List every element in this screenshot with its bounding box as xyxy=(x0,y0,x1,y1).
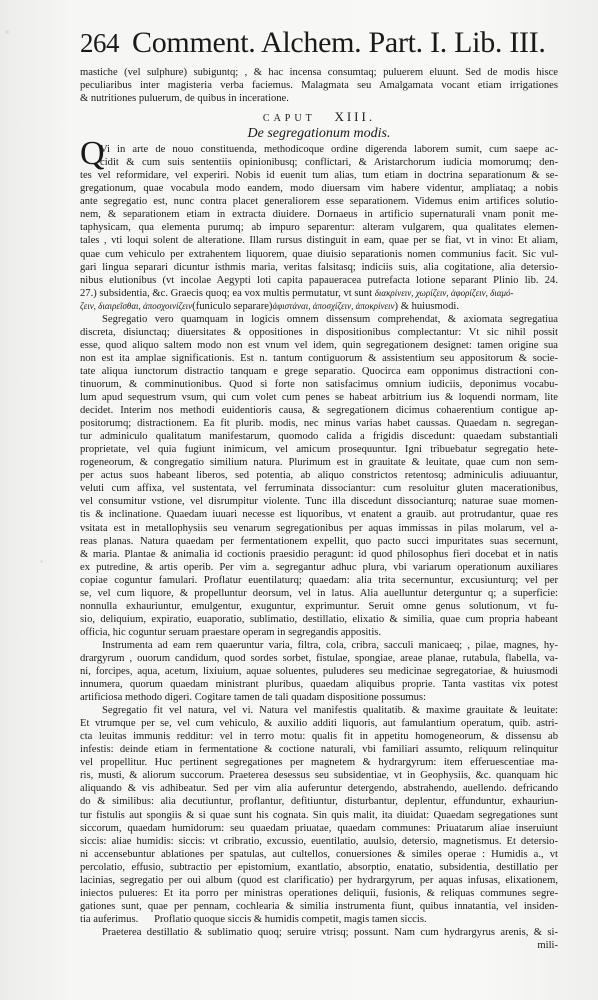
text-line: tis & inclinatione. Quaedam iuuari neces… xyxy=(80,508,558,521)
chapter-label: Caput xyxy=(263,113,316,124)
greek-words: ἀφιστάναι, ἀποσχίζειν, ἀποκρίνειν xyxy=(272,301,394,311)
text-line: iniectos pulueres: Et ita porro per mini… xyxy=(80,887,558,900)
text-line: tinuorum, & comminutionibus. Quod si for… xyxy=(80,378,558,391)
text-line: copiae coguntur famulari. Proflatur euen… xyxy=(80,574,558,587)
chapter-subtitle: De segregationum modis. xyxy=(80,125,558,143)
paper-speck xyxy=(5,30,9,34)
text-line: nibus elutionibus (vt incolae Aegypti lo… xyxy=(80,274,558,287)
catchword: mili- xyxy=(80,939,558,952)
text-line: gationes sunt, quae per pennam, cochlear… xyxy=(80,900,558,913)
text-line: siccorum, quaedam humidorum: seu quaedam… xyxy=(80,822,558,835)
running-head: Comment. Alchem. Part. I. Lib. III. xyxy=(132,26,546,60)
text-line: lacinias, segregatio per oui album (quod… xyxy=(80,874,558,887)
text-line: proprietate, vel quia fugiunt inimicum, … xyxy=(80,443,558,456)
text-line: Vi in arte de nouo constituenda, methodi… xyxy=(80,143,558,156)
text-line: tur adminiculo qualitatum manifestarum, … xyxy=(80,430,558,443)
text-line: ris, musti, & aliorum succorum. Praetere… xyxy=(80,769,558,782)
text-line: Praeterea destillatio & sublimatio quoq;… xyxy=(80,926,558,939)
text-line: ante segregatio est, nunc contra placet … xyxy=(80,195,558,208)
text-line: percolatio, effusio, subtractio per epis… xyxy=(80,861,558,874)
text-line: infestis: deinde etiam in fermentatione … xyxy=(80,743,558,756)
text-line: ni accensebuntur ablationes per spatulas… xyxy=(80,848,558,861)
text-line: quae cum vehiculo per extrahentem liquor… xyxy=(80,248,558,261)
text-line: vel consumitur vstione, vel disrumpitur … xyxy=(80,495,558,508)
text-line: Segregatio fit vel natura, vel vi. Natur… xyxy=(80,704,558,717)
text-line: tes vel reformidare, vel experiri. Nobis… xyxy=(80,169,558,182)
text-fragment: ) & huiusmodi. xyxy=(395,301,459,312)
text-line: tales , vti loqui solent de alteratione.… xyxy=(80,234,558,247)
paper-speck xyxy=(40,560,43,563)
page-header: 264 Comment. Alchem. Part. I. Lib. III. xyxy=(80,26,560,66)
text-line: nonnulla exhauriuntur, emulgentur, exugu… xyxy=(80,600,558,613)
text-line: veluti cum affixa, vel sustentata, vel f… xyxy=(80,482,558,495)
text-line: tur fistulis aut spongiis & si quae sunt… xyxy=(80,809,558,822)
text-line: se, vel cum liquore, & propelluntur deor… xyxy=(80,587,558,600)
text-line: tate aliqua iunctorum distractio tanquam… xyxy=(80,365,558,378)
text-line: & maria. Plantae & animalia id coctionis… xyxy=(80,548,558,561)
text-line: 27.) subsidentia, &c. Graecis quoq; ea v… xyxy=(80,287,558,300)
text-line: peculiaribus inter magisteria verba faci… xyxy=(80,79,558,92)
text-line: reas planas. Natura quaedam per fermenta… xyxy=(80,535,558,548)
text-line: do & similibus: alia decutiuntur, profla… xyxy=(80,795,558,808)
paragraph: Segregatio fit vel natura, vel vi. Natur… xyxy=(80,704,558,926)
chapter-heading: Caput XIII. xyxy=(80,109,558,125)
greek-words: ζειν, διαιρεῖσθαι, ἀποσχοινίζειν xyxy=(80,301,192,311)
drop-cap: Q xyxy=(80,139,105,169)
text-line: ζειν, διαιρεῖσθαι, ἀποσχοινίζειν(funicul… xyxy=(80,300,558,313)
text-line: rogeneorum, & congregatio similium natur… xyxy=(80,456,558,469)
text-line: nem, & separationem etiam in extracta di… xyxy=(80,208,558,221)
text-line: taphysicam, qua elementa purumq; ab impu… xyxy=(80,221,558,234)
text-line: Et vtrumque per se, vel cum vehiculo, & … xyxy=(80,717,558,730)
text-line: gari lingua separari dicuntur isthmis ma… xyxy=(80,261,558,274)
text-line: Instrumenta ad eam rem quaeruntur varia,… xyxy=(80,639,558,652)
text-line: tia auferimus. Proflatio quoque siccis &… xyxy=(80,913,558,926)
text-line: vel propellitur. Huc pertinent segregati… xyxy=(80,756,558,769)
text-line: per actus suos habeant liberos, sed pote… xyxy=(80,469,558,482)
text-line: discreta, disiunctaq; diuersitates & opp… xyxy=(80,326,558,339)
text-line: esse, quod aliquo saltem modo non est vn… xyxy=(80,339,558,352)
text-line: cidit & cum suis sententiis opinionibusq… xyxy=(80,156,558,169)
text-line: mastiche (vel sulphure) subiguntq; , & h… xyxy=(80,66,558,79)
text-line: artificiosa methodo digeri. Cogitare tam… xyxy=(80,691,558,704)
chapter-number: XIII. xyxy=(334,109,375,124)
text-line: drargyrum , ouorum candidum, quod sordes… xyxy=(80,652,558,665)
text-line: sio, deliquium, expiratio, euaporatio, s… xyxy=(80,613,558,626)
text-line: aliquando & vis adhibeatur. Sed per vim … xyxy=(80,782,558,795)
text-line: officia, hic coguntur seruam praestare o… xyxy=(80,626,558,639)
text-line: decidet. Interim nos methodi euidentiori… xyxy=(80,404,558,417)
text-line: siccis: aliae humidis: siccis: vt cribra… xyxy=(80,835,558,848)
text-line: ex putredine, & artis operib. Per vim a.… xyxy=(80,561,558,574)
text-fragment: 27.) subsidentia, &c. Graecis quoq; ea v… xyxy=(80,288,372,299)
text-line: & nutritiones puluerum, de quibus in inc… xyxy=(80,92,558,105)
body-text: mastiche (vel sulphure) subiguntq; , & h… xyxy=(80,66,558,952)
paragraph: Praeterea destillatio & sublimatio quoq;… xyxy=(80,926,558,952)
text-line: lum apud sequestrum vsum, qui cum volet … xyxy=(80,391,558,404)
text-line: Segregatio vero quamquam in logicis omne… xyxy=(80,313,558,326)
text-line: positorumq; distractionem. Ea fit plurib… xyxy=(80,417,558,430)
text-line: cta leuitas immunis redditur: vel in ter… xyxy=(80,730,558,743)
paragraph: Instrumenta ad eam rem quaeruntur varia,… xyxy=(80,639,558,704)
paragraph: Segregatio vero quamquam in logicis omne… xyxy=(80,313,558,639)
book-page: 264 Comment. Alchem. Part. I. Lib. III. … xyxy=(0,0,598,1000)
text-line: vsitata est in metallophysiis seu venaru… xyxy=(80,522,558,535)
text-line: ni, forcipes, aqua, acetum, lixiuium, aq… xyxy=(80,665,558,678)
text-fragment: (funiculo separare) xyxy=(192,301,272,312)
paragraph: Q Vi in arte de nouo constituenda, metho… xyxy=(80,143,558,313)
greek-words: διακρίνειν, χωρίζειν, ἀφορίζειν, διαμό- xyxy=(375,288,514,298)
page-number: 264 xyxy=(80,28,119,59)
text-line: innumera, quorum quaedam ministrant plur… xyxy=(80,678,558,691)
text-line: non est ita amplae significationis. Est … xyxy=(80,352,558,365)
text-line: gregationum, quae vocabula modo eandem, … xyxy=(80,182,558,195)
